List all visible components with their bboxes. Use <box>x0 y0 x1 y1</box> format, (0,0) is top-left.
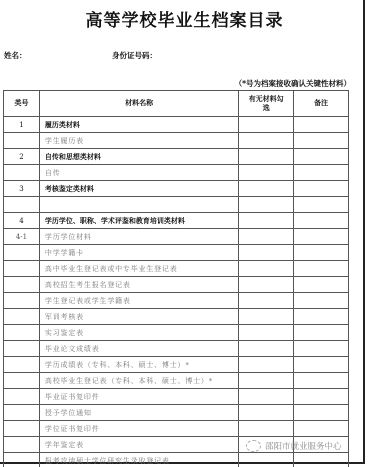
category-no <box>4 389 40 405</box>
category-no <box>4 453 40 467</box>
category-no: 3 <box>4 181 40 197</box>
has-material-checkbox-cell[interactable] <box>239 197 294 213</box>
material-name: 实习鉴定表 <box>39 325 238 341</box>
remarks-cell[interactable] <box>294 133 349 149</box>
material-name: 履历类材料 <box>39 117 238 133</box>
table-row: 高校招生考生报名登记表 <box>4 277 349 293</box>
table-row: 4-1学历学位材料 <box>4 229 349 245</box>
has-material-checkbox-cell[interactable] <box>239 421 294 437</box>
remarks-cell[interactable] <box>294 293 349 309</box>
category-no <box>4 309 40 325</box>
material-name: 毕业论文成绩表 <box>39 341 238 357</box>
table-row: 毕业证书复印件 <box>4 389 349 405</box>
table-row: 2自传和思想类材料 <box>4 149 349 165</box>
category-no: 4 <box>4 213 40 229</box>
category-no <box>4 197 40 213</box>
material-name: 军训考核表 <box>39 309 238 325</box>
category-no <box>4 421 40 437</box>
table-row: 1履历类材料 <box>4 117 349 133</box>
header-has-material: 有无材料勾选 <box>239 91 294 117</box>
remarks-cell[interactable] <box>294 245 349 261</box>
table-row: 军训考核表 <box>4 309 349 325</box>
material-name: 考核鉴定类材料 <box>39 181 238 197</box>
remarks-cell[interactable] <box>294 117 349 133</box>
table-row: 学生履历表 <box>4 133 349 149</box>
has-material-checkbox-cell[interactable] <box>239 405 294 421</box>
remarks-cell[interactable] <box>294 421 349 437</box>
material-name: 报考攻读硕士学位研究生录取登记表 <box>39 453 238 467</box>
category-no <box>4 405 40 421</box>
material-name: 高中毕业生登记表或中专毕业生登记表 <box>39 261 238 277</box>
remarks-cell[interactable] <box>294 181 349 197</box>
table-row: 实习鉴定表 <box>4 325 349 341</box>
remarks-cell[interactable] <box>294 389 349 405</box>
table-row: 4学历学位、职称、学术评鉴和教育培训类材料 <box>4 213 349 229</box>
remarks-cell[interactable] <box>294 373 349 389</box>
document-title: 高等学校毕业生档案目录 <box>0 6 369 31</box>
header-material-name: 材料名称 <box>39 91 238 117</box>
category-no <box>4 293 40 309</box>
category-no <box>4 373 40 389</box>
category-no <box>4 261 40 277</box>
table-row: 自传 <box>4 165 349 181</box>
header-category-no: 类号 <box>4 91 40 117</box>
has-material-checkbox-cell[interactable] <box>239 133 294 149</box>
has-material-checkbox-cell[interactable] <box>239 213 294 229</box>
has-material-checkbox-cell[interactable] <box>239 165 294 181</box>
header-remarks: 备注 <box>294 91 349 117</box>
remarks-cell[interactable] <box>294 341 349 357</box>
table-row: 报考攻读硕士学位研究生录取登记表 <box>4 453 349 467</box>
remarks-cell[interactable] <box>294 453 349 467</box>
wechat-logo-icon <box>246 440 261 452</box>
table-row: 3考核鉴定类材料 <box>4 181 349 197</box>
material-name: 自传和思想类材料 <box>39 149 238 165</box>
watermark-text: 邵阳市就业服务中心 <box>265 440 342 452</box>
has-material-checkbox-cell[interactable] <box>239 453 294 467</box>
table-row: 高中毕业生登记表或中专毕业生登记表 <box>4 261 349 277</box>
category-no <box>4 325 40 341</box>
has-material-checkbox-cell[interactable] <box>239 389 294 405</box>
category-no <box>4 341 40 357</box>
has-material-checkbox-cell[interactable] <box>239 357 294 373</box>
remarks-cell[interactable] <box>294 309 349 325</box>
remarks-cell[interactable] <box>294 197 349 213</box>
material-name: 学生履历表 <box>39 133 238 149</box>
material-name: 学历学位材料 <box>39 229 238 245</box>
has-material-checkbox-cell[interactable] <box>239 245 294 261</box>
material-name <box>39 197 238 213</box>
material-name: 毕业证书复印件 <box>39 389 238 405</box>
material-name: 学年鉴定表 <box>39 437 238 453</box>
material-name: 高校招生考生报名登记表 <box>39 277 238 293</box>
table-header-row: 类号 材料名称 有无材料勾选 备注 <box>4 91 349 117</box>
table-row: 授予学位通知 <box>4 405 349 421</box>
has-material-checkbox-cell[interactable] <box>239 149 294 165</box>
table-row: 高校毕业生登记表（专科、本科、硕士、博士）* <box>4 373 349 389</box>
remarks-cell[interactable] <box>294 325 349 341</box>
id-number-label: 身份证号码： <box>112 50 157 61</box>
remarks-cell[interactable] <box>294 277 349 293</box>
name-label: 姓名： <box>4 50 27 61</box>
has-material-checkbox-cell[interactable] <box>239 117 294 133</box>
has-material-checkbox-cell[interactable] <box>239 293 294 309</box>
remarks-cell[interactable] <box>294 229 349 245</box>
has-material-checkbox-cell[interactable] <box>239 277 294 293</box>
watermark: 邵阳市就业服务中心 <box>246 440 342 452</box>
material-name: 学位证书复印件 <box>39 421 238 437</box>
table-row: 学位证书复印件 <box>4 421 349 437</box>
material-name: 自传 <box>39 165 238 181</box>
has-material-checkbox-cell[interactable] <box>239 341 294 357</box>
remarks-cell[interactable] <box>294 357 349 373</box>
has-material-checkbox-cell[interactable] <box>239 373 294 389</box>
material-name: 学历成绩表（专科、本科、硕士、博士）* <box>39 357 238 373</box>
category-no: 4-1 <box>4 229 40 245</box>
material-name: 中学学籍卡 <box>39 245 238 261</box>
category-no <box>4 245 40 261</box>
has-material-checkbox-cell[interactable] <box>239 261 294 277</box>
table-row: 学生登记表或学生学籍表 <box>4 293 349 309</box>
has-material-checkbox-cell[interactable] <box>239 325 294 341</box>
archive-catalog-table: 类号 材料名称 有无材料勾选 备注 1履历类材料学生履历表2自传和思想类材料自传… <box>3 90 349 467</box>
has-material-checkbox-cell[interactable] <box>239 181 294 197</box>
category-no: 2 <box>4 149 40 165</box>
material-name: 高校毕业生登记表（专科、本科、硕士、博士）* <box>39 373 238 389</box>
remarks-cell[interactable] <box>294 261 349 277</box>
table-row: 学历成绩表（专科、本科、硕士、博士）* <box>4 357 349 373</box>
material-name: 学历学位、职称、学术评鉴和教育培训类材料 <box>39 213 238 229</box>
category-no: 1 <box>4 117 40 133</box>
category-no <box>4 357 40 373</box>
table-row: 毕业论文成绩表 <box>4 341 349 357</box>
has-material-checkbox-cell[interactable] <box>239 309 294 325</box>
category-no <box>4 165 40 181</box>
remarks-cell[interactable] <box>294 149 349 165</box>
remarks-cell[interactable] <box>294 213 349 229</box>
category-no <box>4 277 40 293</box>
has-material-checkbox-cell[interactable] <box>239 229 294 245</box>
table-row <box>4 197 349 213</box>
category-no <box>4 133 40 149</box>
table-row: 中学学籍卡 <box>4 245 349 261</box>
remarks-cell[interactable] <box>294 405 349 421</box>
category-no <box>4 437 40 453</box>
material-name: 学生登记表或学生学籍表 <box>39 293 238 309</box>
key-material-note: （*号为档案接收确认关键性材料） <box>235 78 351 89</box>
material-name: 授予学位通知 <box>39 405 238 421</box>
remarks-cell[interactable] <box>294 165 349 181</box>
